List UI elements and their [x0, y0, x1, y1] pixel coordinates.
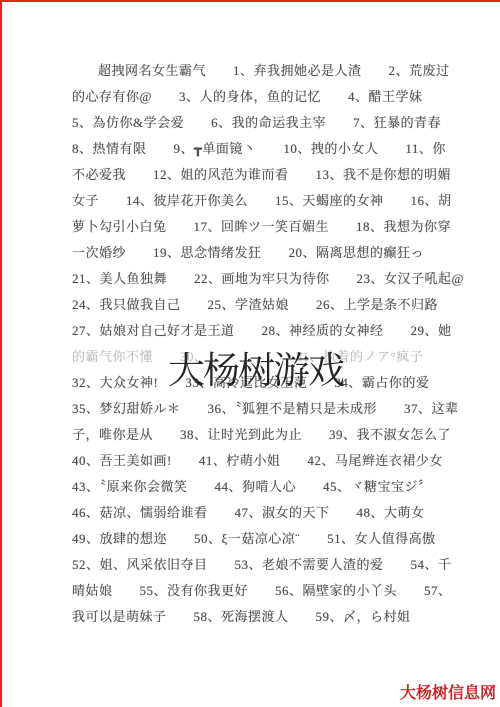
text-line: 萝卜勾引小白兔 17、回眸ツ一笑百媚生 18、我想为你穿 [72, 214, 442, 240]
page-root: 超拽网名女生霸气 1、弃我拥她必是人渣 2、荒废过的心存有你@ 3、人的身体，鱼… [0, 0, 500, 707]
red-border-left [0, 0, 2, 707]
text-line: 子，唯你是从 38、让时光到此为止 39、我不淑女怎么了 [72, 422, 442, 448]
site-logo-watermark: 大杨树信息网 [400, 680, 496, 703]
center-watermark: 大杨树游戏 [168, 340, 343, 394]
text-line: 24、我只做我自己 25、学渣姑娘 26、上学是条不归路 [72, 292, 442, 318]
text-line: 40、吾王美如画! 41、柠萌小姐 42、马尾辫连衣裙少女 [72, 448, 442, 474]
text-line: 一次婚纱 19、思念情绪发狂 20、隔离思想的癫狂っ [72, 240, 442, 266]
text-line: 35、梦幻甜娇ル＊ 36、〝狐狸不是精只是未成形 37、这辈 [72, 396, 442, 422]
text-line: 43、〝原来你会微笑 44、狗啃人心 45、ヾ糖宝宝ジ〞 [72, 474, 442, 500]
red-border-top [0, 0, 500, 2]
text-line: 49、放肆的想迩 50、ξ一菇凉心凉¨ 51、女人值得高傲 [72, 526, 442, 552]
text-line: 8、热情有限 9、┳单面镜丶 10、拽的小女人 11、你 [72, 136, 442, 162]
text-line: 5、為仿你&学会爱 6、我的命运我主宰 7、狂暴的青春 [72, 110, 442, 136]
text-line: 46、菇凉、懦弱给谁看 47、淑女的天下 48、大萌女 [72, 500, 442, 526]
text-line: 21、美人鱼独舞 22、画地为牢只为待你 23、女汉子吼起@ [72, 266, 442, 292]
text-line: 不必爱我 12、姐的风范为谁而看 13、我不是你想的明媚 [72, 162, 442, 188]
text-line: 晴姑娘 55、没有你我更好 56、隔壁家的小丫头 57、 [72, 578, 442, 604]
text-line: 女子 14、彼岸花开你美么 15、天蝎座的女神 16、胡 [72, 188, 442, 214]
text-line: 的心存有你@ 3、人的身体，鱼的记忆 4、醋王学妹 [72, 84, 442, 110]
text-line: 52、姐、风采依旧夺目 53、老娘不需要人渣的爱 54、千 [72, 552, 442, 578]
text-line: 超拽网名女生霸气 1、弃我拥她必是人渣 2、荒废过 [72, 58, 442, 84]
text-line: 我可以是萌妹子 58、死海摆渡人 59、〆，ら村姐 [72, 604, 442, 630]
